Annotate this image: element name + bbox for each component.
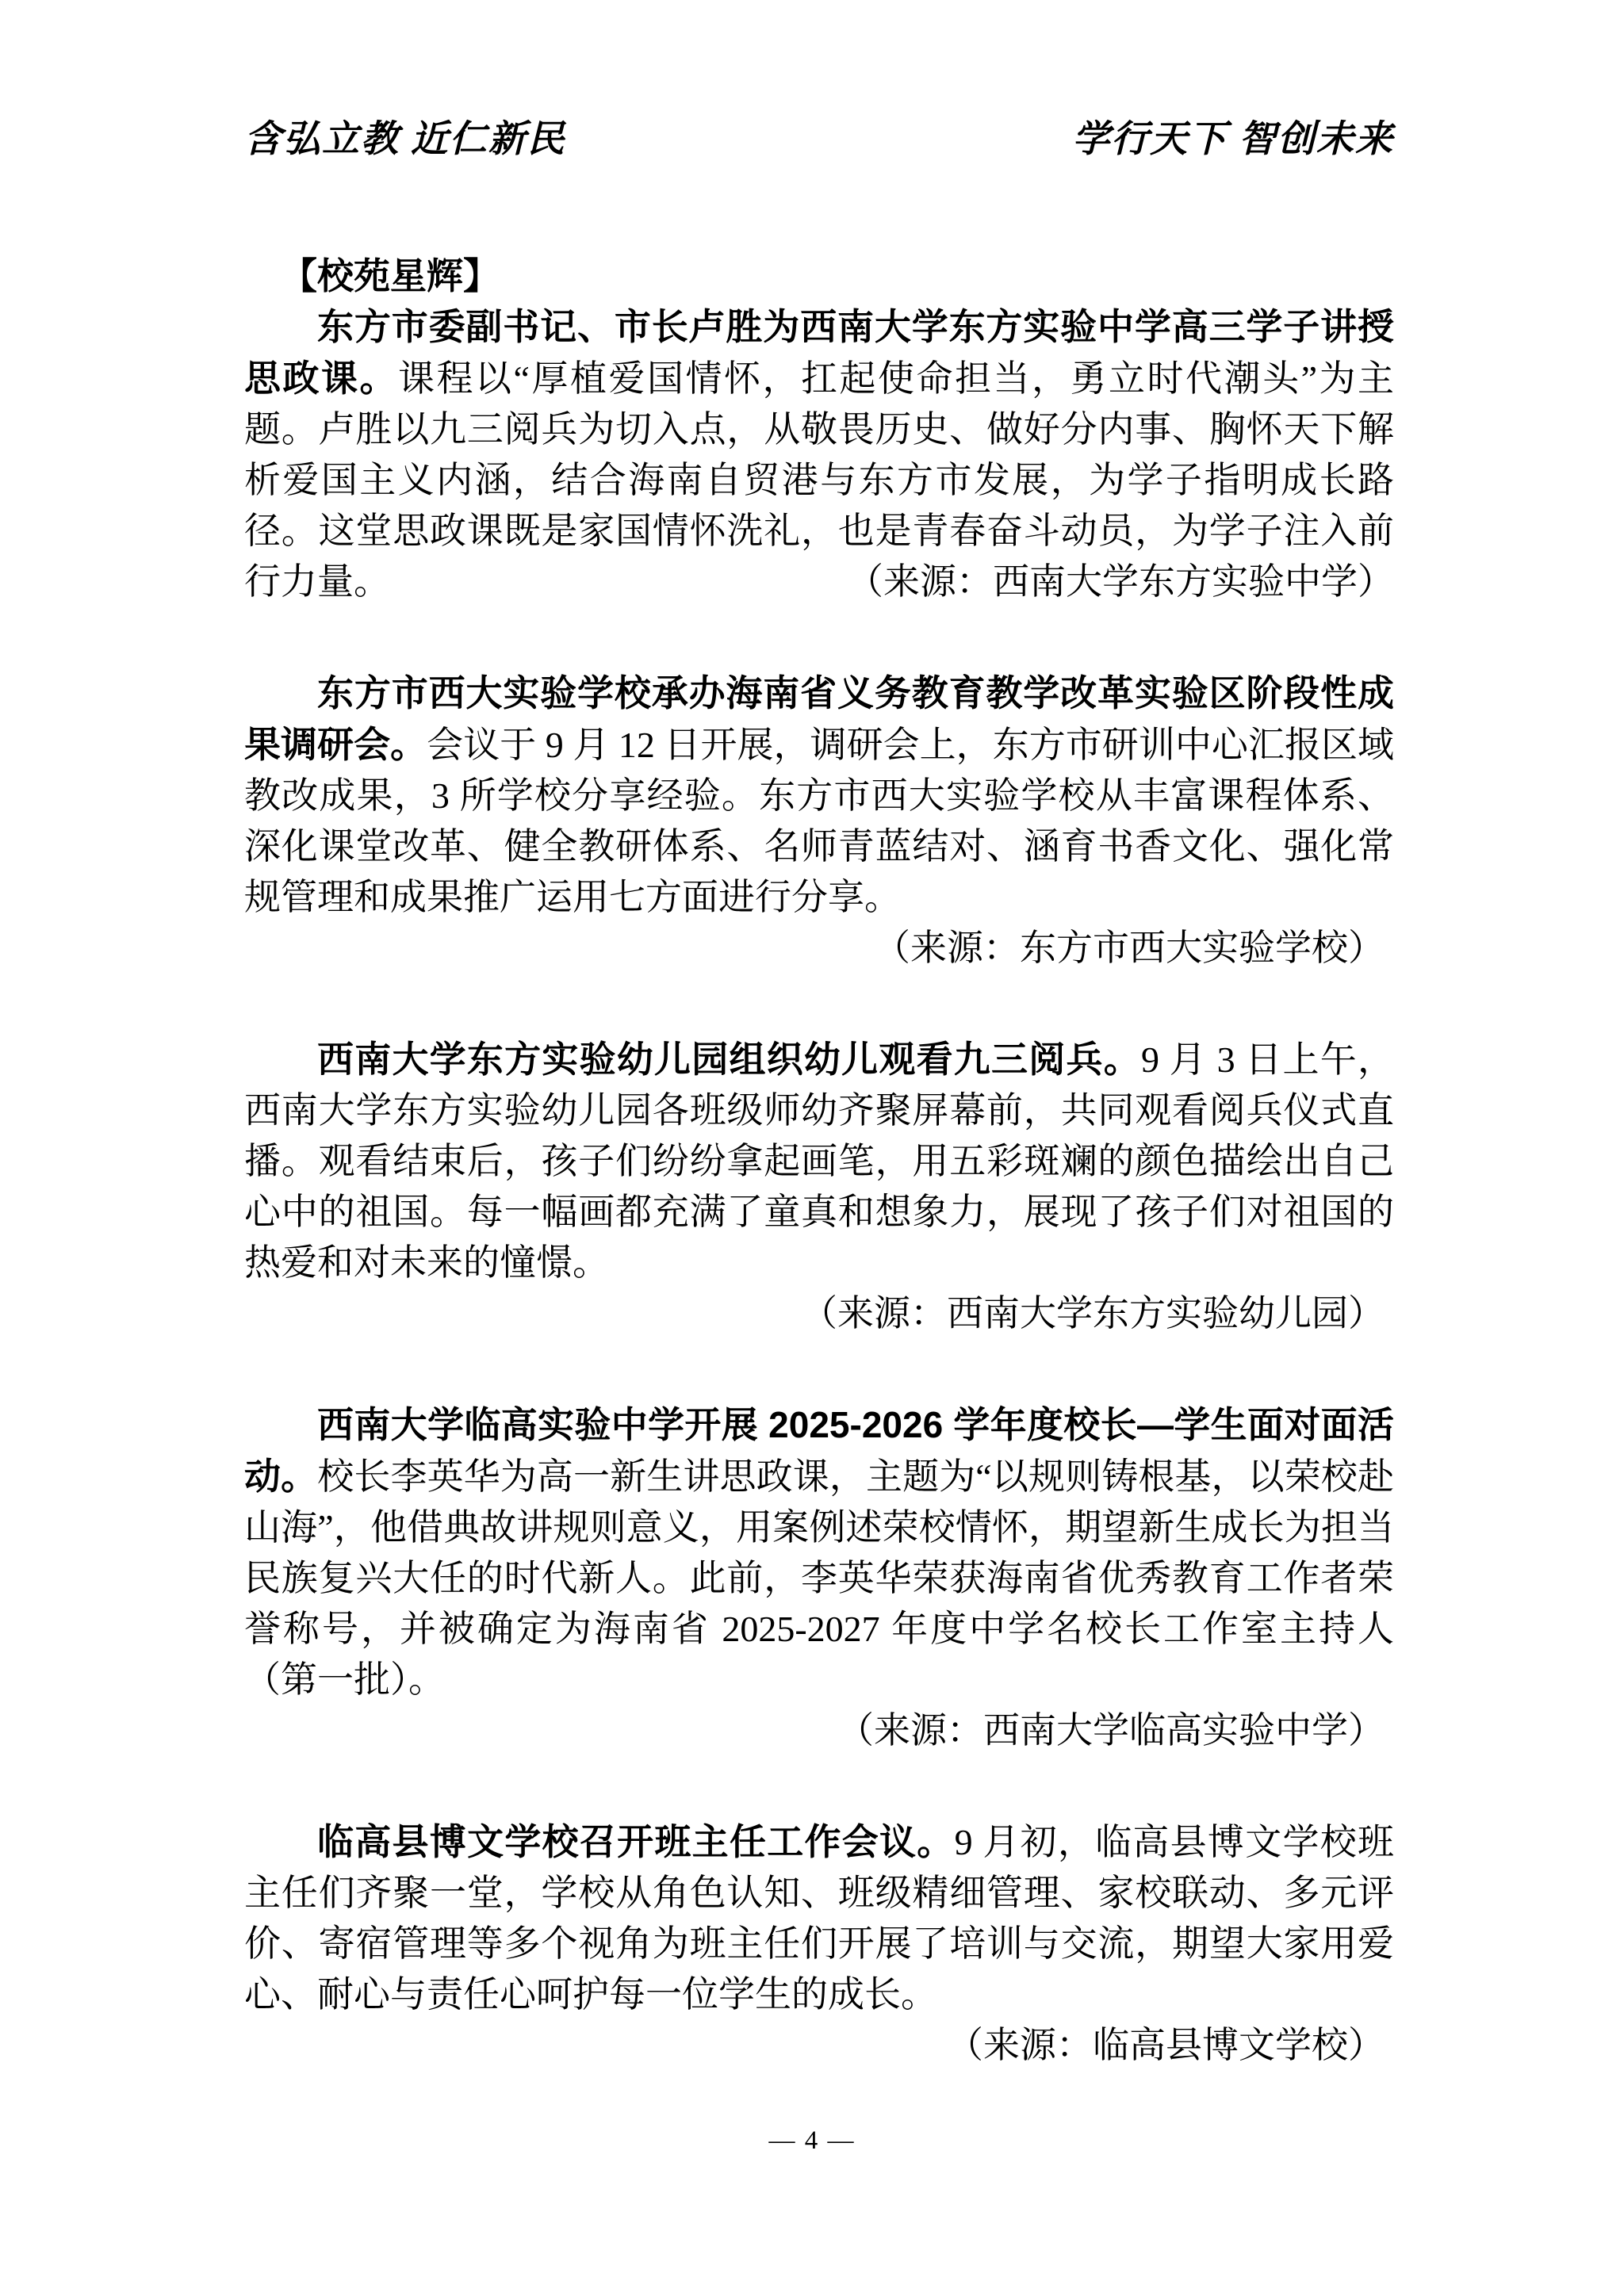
story-headline: 西南大学东方实验幼儿园组织幼儿观看九三阅兵。 (317, 1039, 1141, 1080)
story-headline: 临高县博文学校召开班主任工作会议。 (317, 1821, 955, 1862)
story-paragraph: 西南大学东方实验幼儿园组织幼儿观看九三阅兵。9 月 3 日上午，西南大学东方实验… (244, 1034, 1394, 1288)
story-source-line: （来源：西南大学东方实验幼儿园） (244, 1288, 1394, 1339)
story-paragraph: 东方市委副书记、市长卢胜为西南大学东方实验中学高三学子讲授思政课。课程以“厚植爱… (244, 301, 1394, 607)
header-motto-right: 学行天下 智创未来 (1072, 117, 1394, 162)
news-story: 西南大学临高实验中学开展 2025-2026 学年度校长—学生面对面活动。校长李… (244, 1399, 1394, 1756)
news-story: 西南大学东方实验幼儿园组织幼儿观看九三阅兵。9 月 3 日上午，西南大学东方实验… (244, 1034, 1394, 1339)
story-paragraph: 临高县博文学校召开班主任工作会议。9 月初，临高县博文学校班主任们齐聚一堂，学校… (244, 1816, 1394, 2020)
document-body: 【校苑星辉】 东方市委副书记、市长卢胜为西南大学东方实验中学高三学子讲授思政课。… (244, 251, 1394, 2071)
story-source-inline: （来源：西南大学东方实验中学） (774, 557, 1394, 607)
page-number: — 4 — (769, 2126, 856, 2155)
header-motto-left: 含弘立教 近仁新民 (244, 117, 566, 162)
section-title: 【校苑星辉】 (244, 251, 1394, 301)
page-header: 含弘立教 近仁新民 学行天下 智创未来 (244, 117, 1394, 162)
story-source-line: （来源：西南大学临高实验中学） (244, 1705, 1394, 1756)
story-paragraph: 西南大学临高实验中学开展 2025-2026 学年度校长—学生面对面活动。校长李… (244, 1399, 1394, 1705)
story-source-line: （来源：东方市西大实验学校） (244, 923, 1394, 974)
news-story: 东方市西大实验学校承办海南省义务教育教学改革实验区阶段性成果调研会。会议于 9 … (244, 668, 1394, 974)
news-story: 临高县博文学校召开班主任工作会议。9 月初，临高县博文学校班主任们齐聚一堂，学校… (244, 1816, 1394, 2071)
document-page: 含弘立教 近仁新民 学行天下 智创未来 【校苑星辉】 东方市委副书记、市长卢胜为… (0, 0, 1624, 2296)
story-source-line: （来源：临高县博文学校） (244, 2020, 1394, 2071)
story-paragraph: 东方市西大实验学校承办海南省义务教育教学改革实验区阶段性成果调研会。会议于 9 … (244, 668, 1394, 923)
story-text: 校长李英华为高一新生讲思政课，主题为“以规则铸根基，以荣校赴山海”，他借典故讲规… (244, 1456, 1394, 1700)
page-footer: — 4 — (0, 2125, 1624, 2156)
stories: 东方市委副书记、市长卢胜为西南大学东方实验中学高三学子讲授思政课。课程以“厚植爱… (244, 301, 1394, 2071)
news-story: 东方市委副书记、市长卢胜为西南大学东方实验中学高三学子讲授思政课。课程以“厚植爱… (244, 301, 1394, 607)
